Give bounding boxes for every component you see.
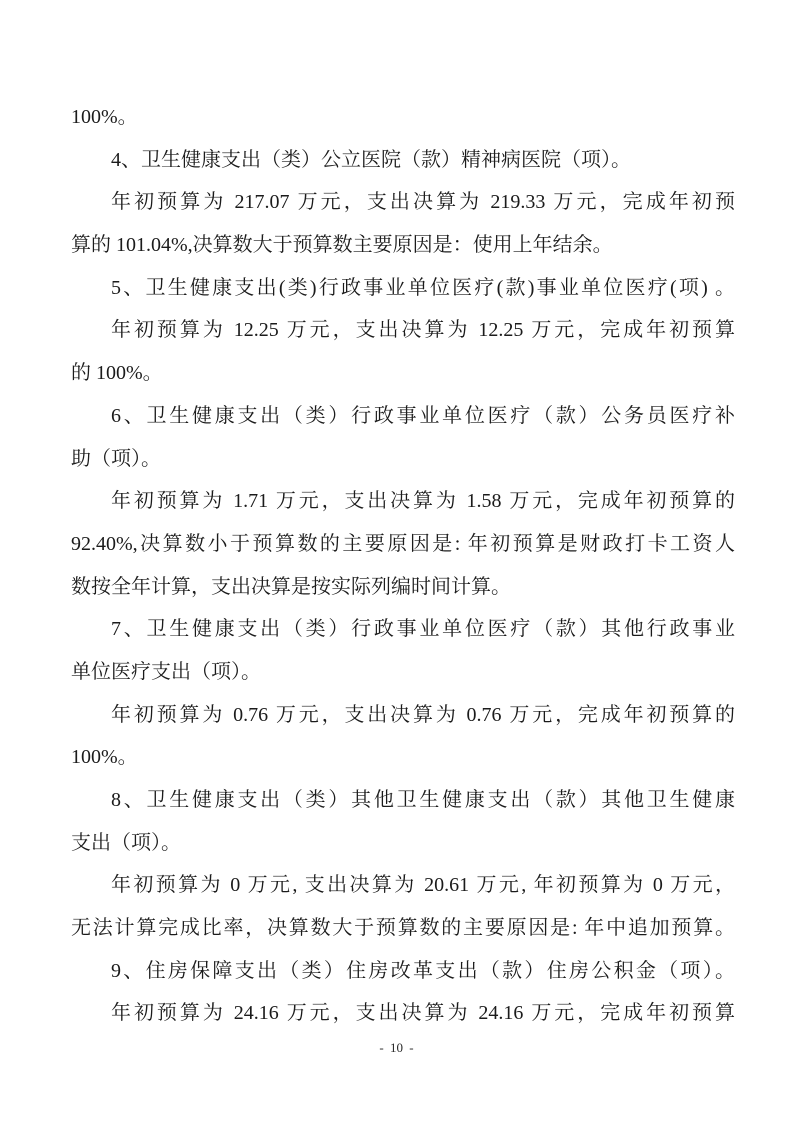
paragraph-item-8-heading: 8、卫生健康支出（类）其他卫生健康支出（款）其他卫生健康支出（项）。 [71, 779, 735, 864]
text-line: 年初预算为 0.76 万元，支出决算为 0.76 万元，完成年初预算的 [71, 694, 735, 737]
text-line: 支出（项）。 [71, 822, 735, 865]
document-body: 100%。4、卫生健康支出（类）公立医院（款）精神病医院（项）。年初预算为 21… [71, 96, 735, 1035]
text-line: 数按全年计算，支出决算是按实际列编时间计算。 [71, 566, 735, 609]
text-line: 无法计算完成比率，决算数大于预算数的主要原因是: 年中追加预算。 [71, 907, 735, 950]
paragraph-item-3-detail-continuation: 100%。 [71, 96, 735, 139]
paragraph-item-4-detail: 年初预算为 217.07 万元，支出决算为 219.33 万元，完成年初预算的 … [71, 181, 735, 266]
text-line: 的 100%。 [71, 352, 735, 395]
paragraph-item-8-detail: 年初预算为 0 万元, 支出决算为 20.61 万元, 年初预算为 0 万元，无… [71, 864, 735, 949]
document-page: 100%。4、卫生健康支出（类）公立医院（款）精神病医院（项）。年初预算为 21… [0, 0, 793, 1122]
text-line: 4、卫生健康支出（类）公立医院（款）精神病医院（项）。 [71, 139, 735, 182]
paragraph-item-9-heading: 9、住房保障支出（类）住房改革支出（款）住房公积金（项）。 [71, 950, 735, 993]
paragraph-item-5-detail: 年初预算为 12.25 万元，支出决算为 12.25 万元，完成年初预算的 10… [71, 309, 735, 394]
text-line: 5、卫生健康支出(类)行政事业单位医疗(款)事业单位医疗(项) 。 [71, 267, 735, 310]
text-line: 助（项）。 [71, 438, 735, 481]
paragraph-item-5-heading: 5、卫生健康支出(类)行政事业单位医疗(款)事业单位医疗(项) 。 [71, 267, 735, 310]
text-line: 单位医疗支出（项）。 [71, 651, 735, 694]
paragraph-item-7-heading: 7、卫生健康支出（类）行政事业单位医疗（款）其他行政事业单位医疗支出（项）。 [71, 608, 735, 693]
paragraph-item-7-detail: 年初预算为 0.76 万元，支出决算为 0.76 万元，完成年初预算的100%。 [71, 694, 735, 779]
text-line: 算的 101.04%,决算数大于预算数主要原因是：使用上年结余。 [71, 224, 735, 267]
paragraph-item-4-heading: 4、卫生健康支出（类）公立医院（款）精神病医院（项）。 [71, 139, 735, 182]
text-line: 年初预算为 0 万元, 支出决算为 20.61 万元, 年初预算为 0 万元， [71, 864, 735, 907]
text-line: 92.40%,决算数小于预算数的主要原因是: 年初预算是财政打卡工资人 [71, 523, 735, 566]
text-line: 6、卫生健康支出（类）行政事业单位医疗（款）公务员医疗补 [71, 395, 735, 438]
page-number: - 10 - [0, 1036, 793, 1060]
paragraph-item-6-heading: 6、卫生健康支出（类）行政事业单位医疗（款）公务员医疗补助（项）。 [71, 395, 735, 480]
text-line: 年初预算为 24.16 万元，支出决算为 24.16 万元，完成年初预算 [71, 992, 735, 1035]
text-line: 9、住房保障支出（类）住房改革支出（款）住房公积金（项）。 [71, 950, 735, 993]
text-line: 年初预算为 12.25 万元，支出决算为 12.25 万元，完成年初预算 [71, 309, 735, 352]
paragraph-item-6-detail: 年初预算为 1.71 万元，支出决算为 1.58 万元，完成年初预算的92.40… [71, 480, 735, 608]
text-line: 年初预算为 217.07 万元，支出决算为 219.33 万元，完成年初预 [71, 181, 735, 224]
text-line: 年初预算为 1.71 万元，支出决算为 1.58 万元，完成年初预算的 [71, 480, 735, 523]
text-line: 7、卫生健康支出（类）行政事业单位医疗（款）其他行政事业 [71, 608, 735, 651]
text-line: 100%。 [71, 96, 735, 139]
text-line: 100%。 [71, 736, 735, 779]
paragraph-item-9-detail: 年初预算为 24.16 万元，支出决算为 24.16 万元，完成年初预算 [71, 992, 735, 1035]
text-line: 8、卫生健康支出（类）其他卫生健康支出（款）其他卫生健康 [71, 779, 735, 822]
